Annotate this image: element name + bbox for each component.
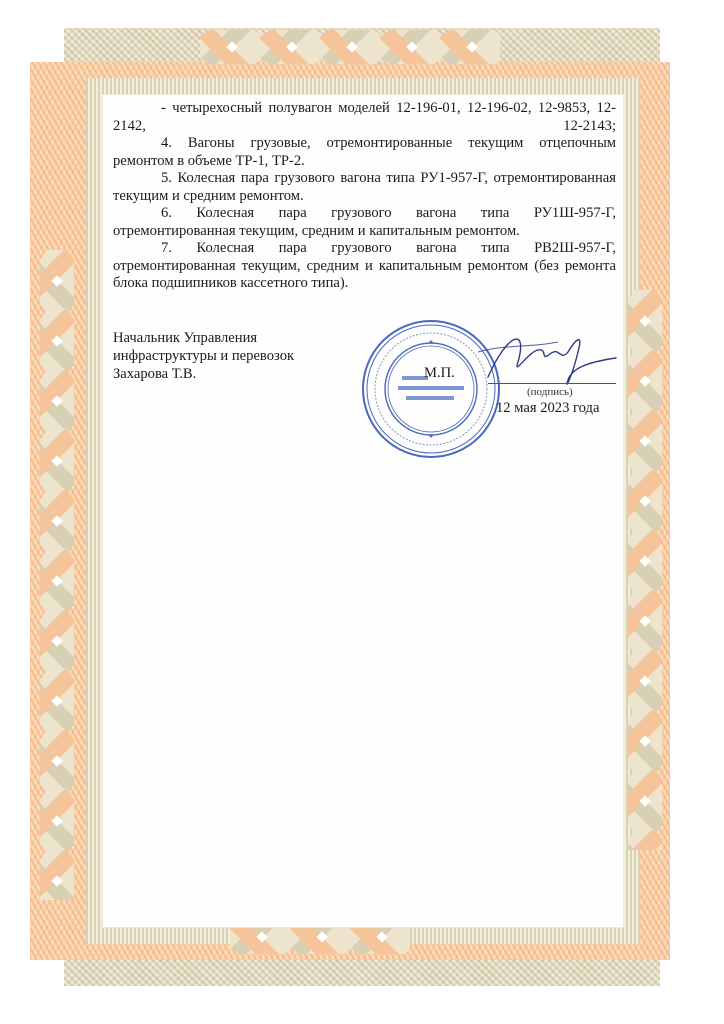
paragraph-item-5: 5. Колесная пара грузового вагона типа Р… (113, 170, 616, 205)
braid-link (628, 350, 662, 414)
braid-link (628, 650, 662, 714)
certificate-page: - четырехосный полувагон моделей 12-196-… (0, 0, 724, 1024)
braid-link (628, 290, 662, 354)
braid-link (260, 30, 324, 64)
paragraph-item-4: 4. Вагоны грузовые, отремонтированные те… (113, 135, 616, 170)
paragraph-wagon-models: - четырехосный полувагон моделей 12-196-… (113, 100, 616, 135)
braid-link (40, 310, 74, 374)
braid-link (628, 830, 662, 850)
braid-link (40, 430, 74, 494)
paragraph-item-6: 6. Колесная пара грузового вагона типа Р… (113, 205, 616, 240)
braid-link (40, 850, 74, 900)
braid-link (628, 530, 662, 594)
braid-link (628, 590, 662, 654)
signatory-position-line2: инфраструктуры и перевозок (113, 347, 294, 365)
braid-link (628, 410, 662, 474)
left-braid-ornament (40, 250, 74, 900)
braid-link (380, 30, 444, 64)
seal-place-mark: М.П. (424, 365, 455, 382)
braid-link (628, 770, 662, 834)
braid-link (40, 370, 74, 434)
braid-link (40, 670, 74, 734)
paragraph-item-7: 7. Колесная пара грузового вагона типа Р… (113, 240, 616, 293)
signature-line (488, 383, 616, 384)
top-braid-ornament (200, 30, 500, 64)
braid-link (440, 30, 500, 64)
handwritten-signature-icon (468, 322, 618, 392)
braid-link (200, 30, 264, 64)
braid-link (40, 550, 74, 614)
braid-link (628, 470, 662, 534)
document-date: 12 мая 2023 года (496, 400, 599, 417)
signatory-block: Начальник Управления инфраструктуры и пе… (113, 329, 294, 383)
braid-link (40, 490, 74, 554)
right-braid-ornament (628, 290, 662, 850)
braid-link (40, 610, 74, 674)
signatory-name: Захарова Т.В. (113, 365, 294, 383)
signature-caption: (подпись) (527, 386, 573, 398)
braid-link (320, 30, 384, 64)
document-body: - четырехосный полувагон моделей 12-196-… (113, 100, 616, 293)
braid-link (628, 710, 662, 774)
braid-link (40, 790, 74, 854)
braid-link (40, 250, 74, 314)
signatory-position-line1: Начальник Управления (113, 329, 294, 347)
braid-link (40, 730, 74, 794)
